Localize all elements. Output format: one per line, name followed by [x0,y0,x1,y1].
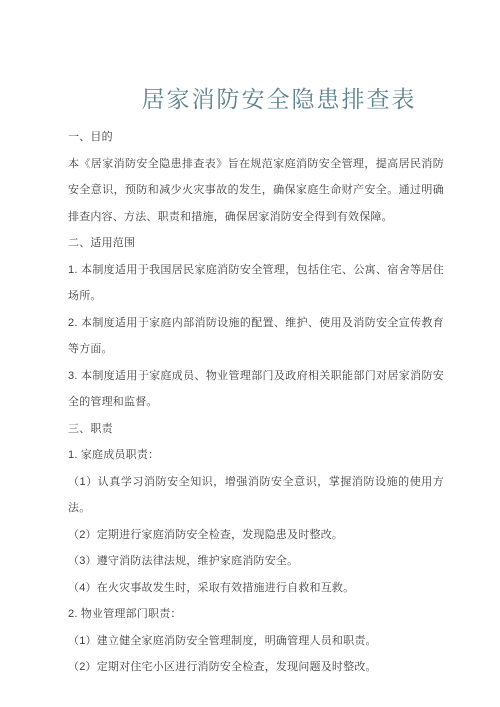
list-item: （1）认真学习消防安全知识，增强消防安全意识，掌握消防设施的使用方法。 [68,469,444,522]
paragraph: 2. 本制度适用于家庭内部消防设施的配置、维护、使用及消防安全宣传教育等方面。 [68,310,444,363]
paragraph: 本《居家消防安全隐患排查表》旨在规范家庭消防安全管理，提高居民消防安全意识，预防… [68,151,444,231]
section-heading-purpose: 一、目的 [68,124,444,151]
section-heading-scope: 二、适用范围 [68,230,444,257]
list-item: （2）定期进行家庭消防安全检查，发现隐患及时整改。 [68,522,444,549]
document-page: 居家消防安全隐患排查表 一、目的 本《居家消防安全隐患排查表》旨在规范家庭消防安… [0,0,500,707]
list-item: （1）建立健全家庭消防安全管理制度，明确管理人员和职责。 [68,628,444,655]
paragraph: 3. 本制度适用于家庭成员、物业管理部门及政府相关职能部门对居家消防安全的管理和… [68,363,444,416]
list-item: 1. 家庭成员职责： [68,442,444,469]
list-item: 2. 物业管理部门职责： [68,601,444,628]
document-title: 居家消防安全隐患排查表 [68,84,444,114]
list-item: （3）遵守消防法律法规，维护家庭消防安全。 [68,548,444,575]
paragraph: 1. 本制度适用于我国居民家庭消防安全管理，包括住宅、公寓、宿舍等居住场所。 [68,257,444,310]
list-item: （2）定期对住宅小区进行消防安全检查，发现问题及时整改。 [68,654,444,681]
list-item: （4）在火灾事故发生时，采取有效措施进行自救和互救。 [68,575,444,602]
section-heading-responsibilities: 三、职责 [68,416,444,443]
